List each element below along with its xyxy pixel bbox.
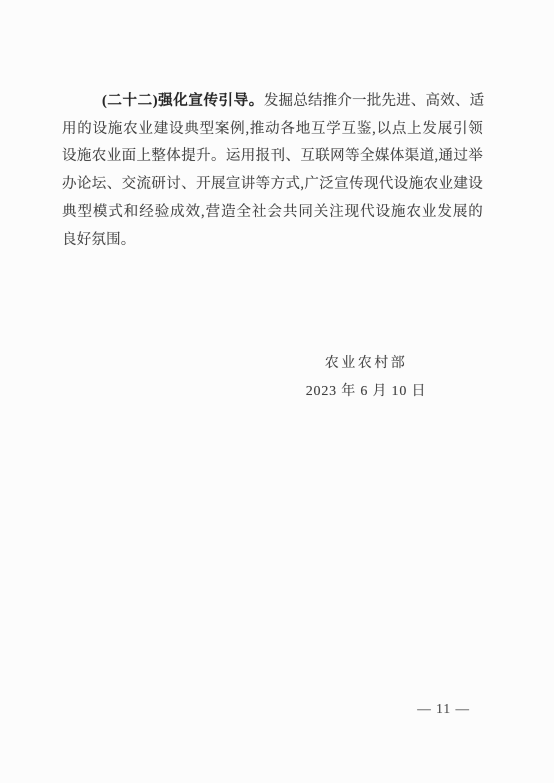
page-number: — 11 —: [417, 700, 470, 718]
paragraph-line-2: 用的设施农业建设典型案例,推动各地互学互鉴,以点上发展引领: [62, 116, 483, 144]
paragraph-line-5: 典型模式和经验成效,营造全社会共同关注现代设施农业发展的: [62, 199, 483, 227]
paragraph-line-1: (二十二)强化宣传引导。发掘总结推介一批先进、高效、适: [62, 88, 483, 116]
paragraph-line-4: 办论坛、交流研讨、开展宣讲等方式,广泛宣传现代设施农业建设: [62, 171, 483, 199]
document-page: (二十二)强化宣传引导。发掘总结推介一批先进、高效、适 用的设施农业建设典型案例…: [0, 0, 554, 783]
signature-block: 农业农村部 2023 年 6 月 10 日: [256, 352, 476, 404]
paragraph-line-3: 设施农业面上整体提升。运用报刊、互联网等全媒体渠道,通过举: [62, 143, 483, 171]
paragraph-heading: (二十二)强化宣传引导。: [102, 93, 264, 109]
signature-date: 2023 年 6 月 10 日: [256, 380, 476, 404]
signature-issuer: 农业农村部: [256, 352, 476, 376]
document-body: (二十二)强化宣传引导。发掘总结推介一批先进、高效、适 用的设施农业建设典型案例…: [62, 88, 483, 254]
paragraph-line-6: 良好氛围。: [62, 227, 483, 255]
paragraph-line-1-text: 发掘总结推介一批先进、高效、适: [264, 93, 485, 109]
